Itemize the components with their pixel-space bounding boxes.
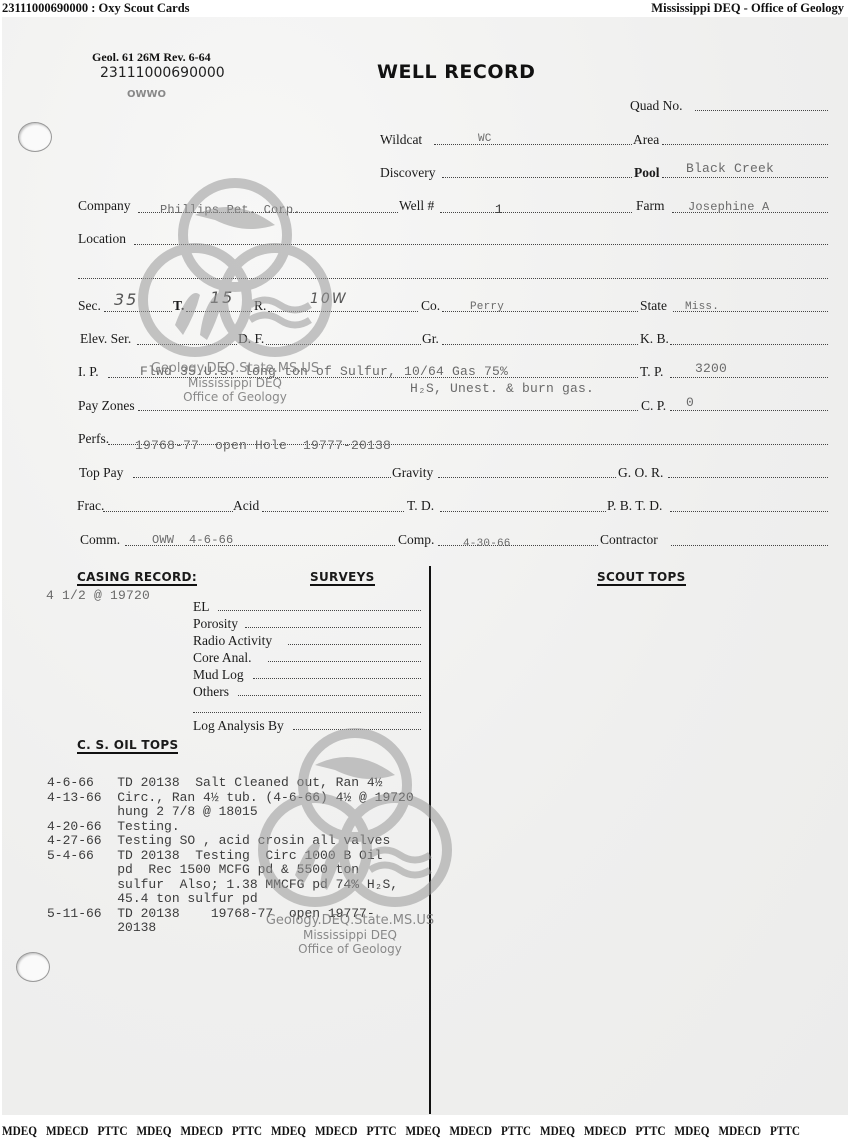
oil-top-line: 5-4-66 TD 20138 Testing Circ 1000 B Oil	[47, 849, 447, 864]
kb-label: K. B.	[640, 331, 669, 347]
township-field[interactable]	[186, 311, 252, 312]
comp-field[interactable]	[438, 545, 598, 546]
gravity-field[interactable]	[438, 477, 616, 478]
county-label: Co.	[421, 298, 440, 314]
pool-field[interactable]	[662, 177, 828, 178]
gor-label: G. O. R.	[618, 465, 663, 481]
footer-item: MDEQ	[540, 1124, 575, 1138]
cp-field[interactable]	[670, 410, 828, 411]
footer-item: PTTC	[770, 1124, 800, 1138]
footer-item: MDEQ	[2, 1124, 37, 1138]
ip-label: I. P.	[78, 364, 99, 380]
wildcat-value: WC	[478, 133, 492, 145]
pay-zones-field[interactable]	[138, 410, 638, 411]
ip-value-line2: H₂S, Unest. & burn gas.	[410, 381, 594, 396]
well-no-field[interactable]	[440, 212, 632, 213]
location-label: Location	[78, 231, 126, 247]
township-value: 15	[210, 288, 234, 307]
survey-item-label: Radio Activity	[193, 633, 272, 648]
company-value: Phillips Pet. Corp.	[160, 203, 301, 217]
watermark-line1: Geology.DEQ.State.MS.US	[140, 362, 330, 376]
watermark-text-top: Geology.DEQ.State.MS.US Mississippi DEQ …	[140, 362, 330, 404]
area-field[interactable]	[662, 144, 828, 145]
footer-item: MDEQ	[675, 1124, 710, 1138]
survey-item[interactable]: Porosity	[193, 615, 421, 632]
wildcat-label: Wildcat	[380, 132, 422, 148]
watermark-line2: Mississippi DEQ	[255, 928, 445, 942]
watermark-line3: Office of Geology	[255, 942, 445, 956]
cs-oil-tops-heading: C. S. OIL TOPS	[77, 738, 178, 754]
scout-tops-heading: SCOUT TOPS	[597, 570, 686, 586]
oil-top-line: 4-13-66 Circ., Ran 4½ tub. (4-6-66) 4½ @…	[47, 791, 447, 806]
acid-label: Acid	[233, 498, 259, 514]
footer-bar: MDEQMDECDPTTCMDEQMDECDPTTCMDEQMDECDPTTCM…	[0, 1118, 850, 1142]
footer-sponsors: MDEQMDECDPTTCMDEQMDECDPTTCMDEQMDECDPTTCM…	[2, 1124, 809, 1139]
sec-field[interactable]	[104, 311, 172, 312]
tp-field[interactable]	[670, 377, 828, 378]
survey-item-blank[interactable]	[193, 700, 421, 717]
well-no-value: 1	[495, 202, 503, 217]
survey-item[interactable]: Mud Log	[193, 666, 421, 683]
location-field-line2[interactable]	[78, 278, 828, 279]
oil-top-line: 4-20-66 Testing.	[47, 820, 447, 835]
comm-label: Comm.	[80, 532, 120, 548]
quad-no-label: Quad No.	[630, 98, 683, 114]
watermark-text-bottom: Geology.DEQ.State.MS.US Mississippi DEQ …	[255, 914, 445, 956]
watermark-line1: Geology.DEQ.State.MS.US	[255, 914, 445, 928]
range-field[interactable]	[268, 311, 418, 312]
county-value: Perry	[470, 301, 504, 313]
pool-value: Black Creek	[686, 161, 774, 176]
watermark-line3: Office of Geology	[140, 390, 330, 404]
elev-ser-label: Elev. Ser.	[80, 331, 131, 347]
survey-item-label: Others	[193, 684, 229, 699]
tp-label: T. P.	[640, 364, 663, 380]
footer-item: PTTC	[501, 1124, 531, 1138]
oil-top-line: 45.4 ton sulfur pd	[47, 892, 447, 907]
sec-label: Sec.	[78, 298, 101, 314]
pbtd-field[interactable]	[670, 511, 828, 512]
survey-item[interactable]: Core Anal.	[193, 649, 421, 666]
range-value: 10W	[310, 291, 348, 307]
footer-item: MDECD	[315, 1124, 357, 1138]
tp-value: 3200	[695, 361, 727, 376]
survey-item-label: Porosity	[193, 616, 238, 631]
kb-field[interactable]	[670, 344, 828, 345]
oil-top-line: sulfur Also; 1.38 MMCFG pd 74% H₂S,	[47, 878, 447, 893]
survey-item[interactable]: Radio Activity	[193, 632, 421, 649]
township-label: T.	[173, 298, 184, 314]
state-value: Miss.	[685, 301, 719, 313]
footer-item: MDEQ	[271, 1124, 306, 1138]
elev-ser-field[interactable]	[137, 344, 237, 345]
discovery-field[interactable]	[442, 177, 632, 178]
survey-item-label: Core Anal.	[193, 650, 252, 665]
wildcat-field[interactable]	[434, 144, 632, 145]
survey-item[interactable]: EL	[193, 598, 421, 615]
punch-hole-top	[18, 122, 52, 152]
contractor-label: Contractor	[600, 532, 658, 548]
footer-item: PTTC	[232, 1124, 262, 1138]
surveys-list: EL Porosity Radio Activity Core Anal. Mu…	[193, 598, 421, 734]
casing-record-value: 4 1/2 @ 19720	[46, 588, 150, 603]
area-label: Area	[633, 132, 659, 148]
log-analysis-label: Log Analysis By	[193, 718, 284, 733]
top-pay-label: Top Pay	[79, 465, 123, 481]
survey-item-label: EL	[193, 599, 210, 614]
perfs-label: Perfs.	[78, 431, 109, 447]
footer-item: PTTC	[97, 1124, 127, 1138]
df-label: D. F.	[238, 331, 264, 347]
cs-oil-tops-list: 4-6-66 TD 20138 Salt Cleaned out, Ran 4½…	[47, 776, 447, 936]
log-analysis-by[interactable]: Log Analysis By	[193, 717, 421, 734]
footer-item: PTTC	[636, 1124, 666, 1138]
gr-field[interactable]	[442, 344, 638, 345]
comp-value: 4-30-66	[463, 538, 511, 550]
discovery-label: Discovery	[380, 165, 435, 181]
df-field[interactable]	[266, 344, 421, 345]
footer-item: MDECD	[46, 1124, 88, 1138]
footer-item: PTTC	[367, 1124, 397, 1138]
td-field[interactable]	[440, 511, 606, 512]
td-label: T. D.	[407, 498, 434, 514]
well-no-label: Well #	[399, 198, 434, 214]
survey-item-label: Mud Log	[193, 667, 244, 682]
status-stamp: OWWO	[127, 89, 166, 100]
contractor-field[interactable]	[671, 545, 828, 546]
frac-field[interactable]	[103, 511, 233, 512]
footer-item: MDECD	[181, 1124, 223, 1138]
footer-item: MDECD	[719, 1124, 761, 1138]
cp-value: 0	[686, 395, 694, 410]
company-label: Company	[78, 198, 131, 214]
viewer-header: 23111000690000 : Oxy Scout Cards Mississ…	[0, 0, 850, 17]
api-number: 23111000690000	[100, 65, 225, 81]
farm-value: Josephine A	[688, 200, 769, 214]
document-id-title: 23111000690000 : Oxy Scout Cards	[2, 1, 190, 16]
acid-field[interactable]	[262, 511, 404, 512]
cp-label: C. P.	[641, 398, 666, 414]
oil-top-line: 4-27-66 Testing SO , acid crosin all val…	[47, 834, 447, 849]
gr-label: Gr.	[422, 331, 439, 347]
perfs-value: 19768-77 open Hole 19777-20138	[135, 438, 391, 453]
oil-top-line: pd Rec 1500 MCFG pd & 5500 ton	[47, 863, 447, 878]
surveys-heading: SURVEYS	[310, 570, 375, 586]
gor-field[interactable]	[668, 477, 828, 478]
pbtd-label: P. B. T. D.	[607, 498, 662, 514]
oil-top-line: hung 2 7/8 @ 18015	[47, 805, 447, 820]
farm-label: Farm	[636, 198, 665, 214]
survey-item[interactable]: Others	[193, 683, 421, 700]
range-label: R.	[254, 298, 266, 314]
gravity-label: Gravity	[392, 465, 433, 481]
punch-hole-bottom	[16, 952, 50, 982]
frac-label: Frac.	[77, 498, 104, 514]
pool-label: Pool	[634, 165, 660, 181]
sec-value: 35	[114, 290, 138, 309]
quad-no-field[interactable]	[695, 110, 828, 111]
location-field[interactable]	[134, 244, 828, 245]
footer-item: MDEQ	[406, 1124, 441, 1138]
form-number: Geol. 61 26M Rev. 6-64	[92, 50, 211, 65]
comp-label: Comp.	[398, 532, 434, 548]
casing-record-heading: CASING RECORD:	[77, 570, 197, 586]
top-pay-field[interactable]	[133, 477, 391, 478]
footer-item: MDECD	[450, 1124, 492, 1138]
state-label: State	[640, 298, 667, 314]
comm-value: OWW 4-6-66	[152, 533, 233, 547]
oil-top-line: 4-6-66 TD 20138 Salt Cleaned out, Ran 4½	[47, 776, 447, 791]
page-title: WELL RECORD	[377, 61, 535, 83]
agency-title: Mississippi DEQ - Office of Geology	[651, 1, 844, 16]
watermark-line2: Mississippi DEQ	[140, 376, 330, 390]
pay-zones-label: Pay Zones	[78, 398, 135, 414]
footer-item: MDEQ	[137, 1124, 172, 1138]
footer-item: MDECD	[584, 1124, 626, 1138]
